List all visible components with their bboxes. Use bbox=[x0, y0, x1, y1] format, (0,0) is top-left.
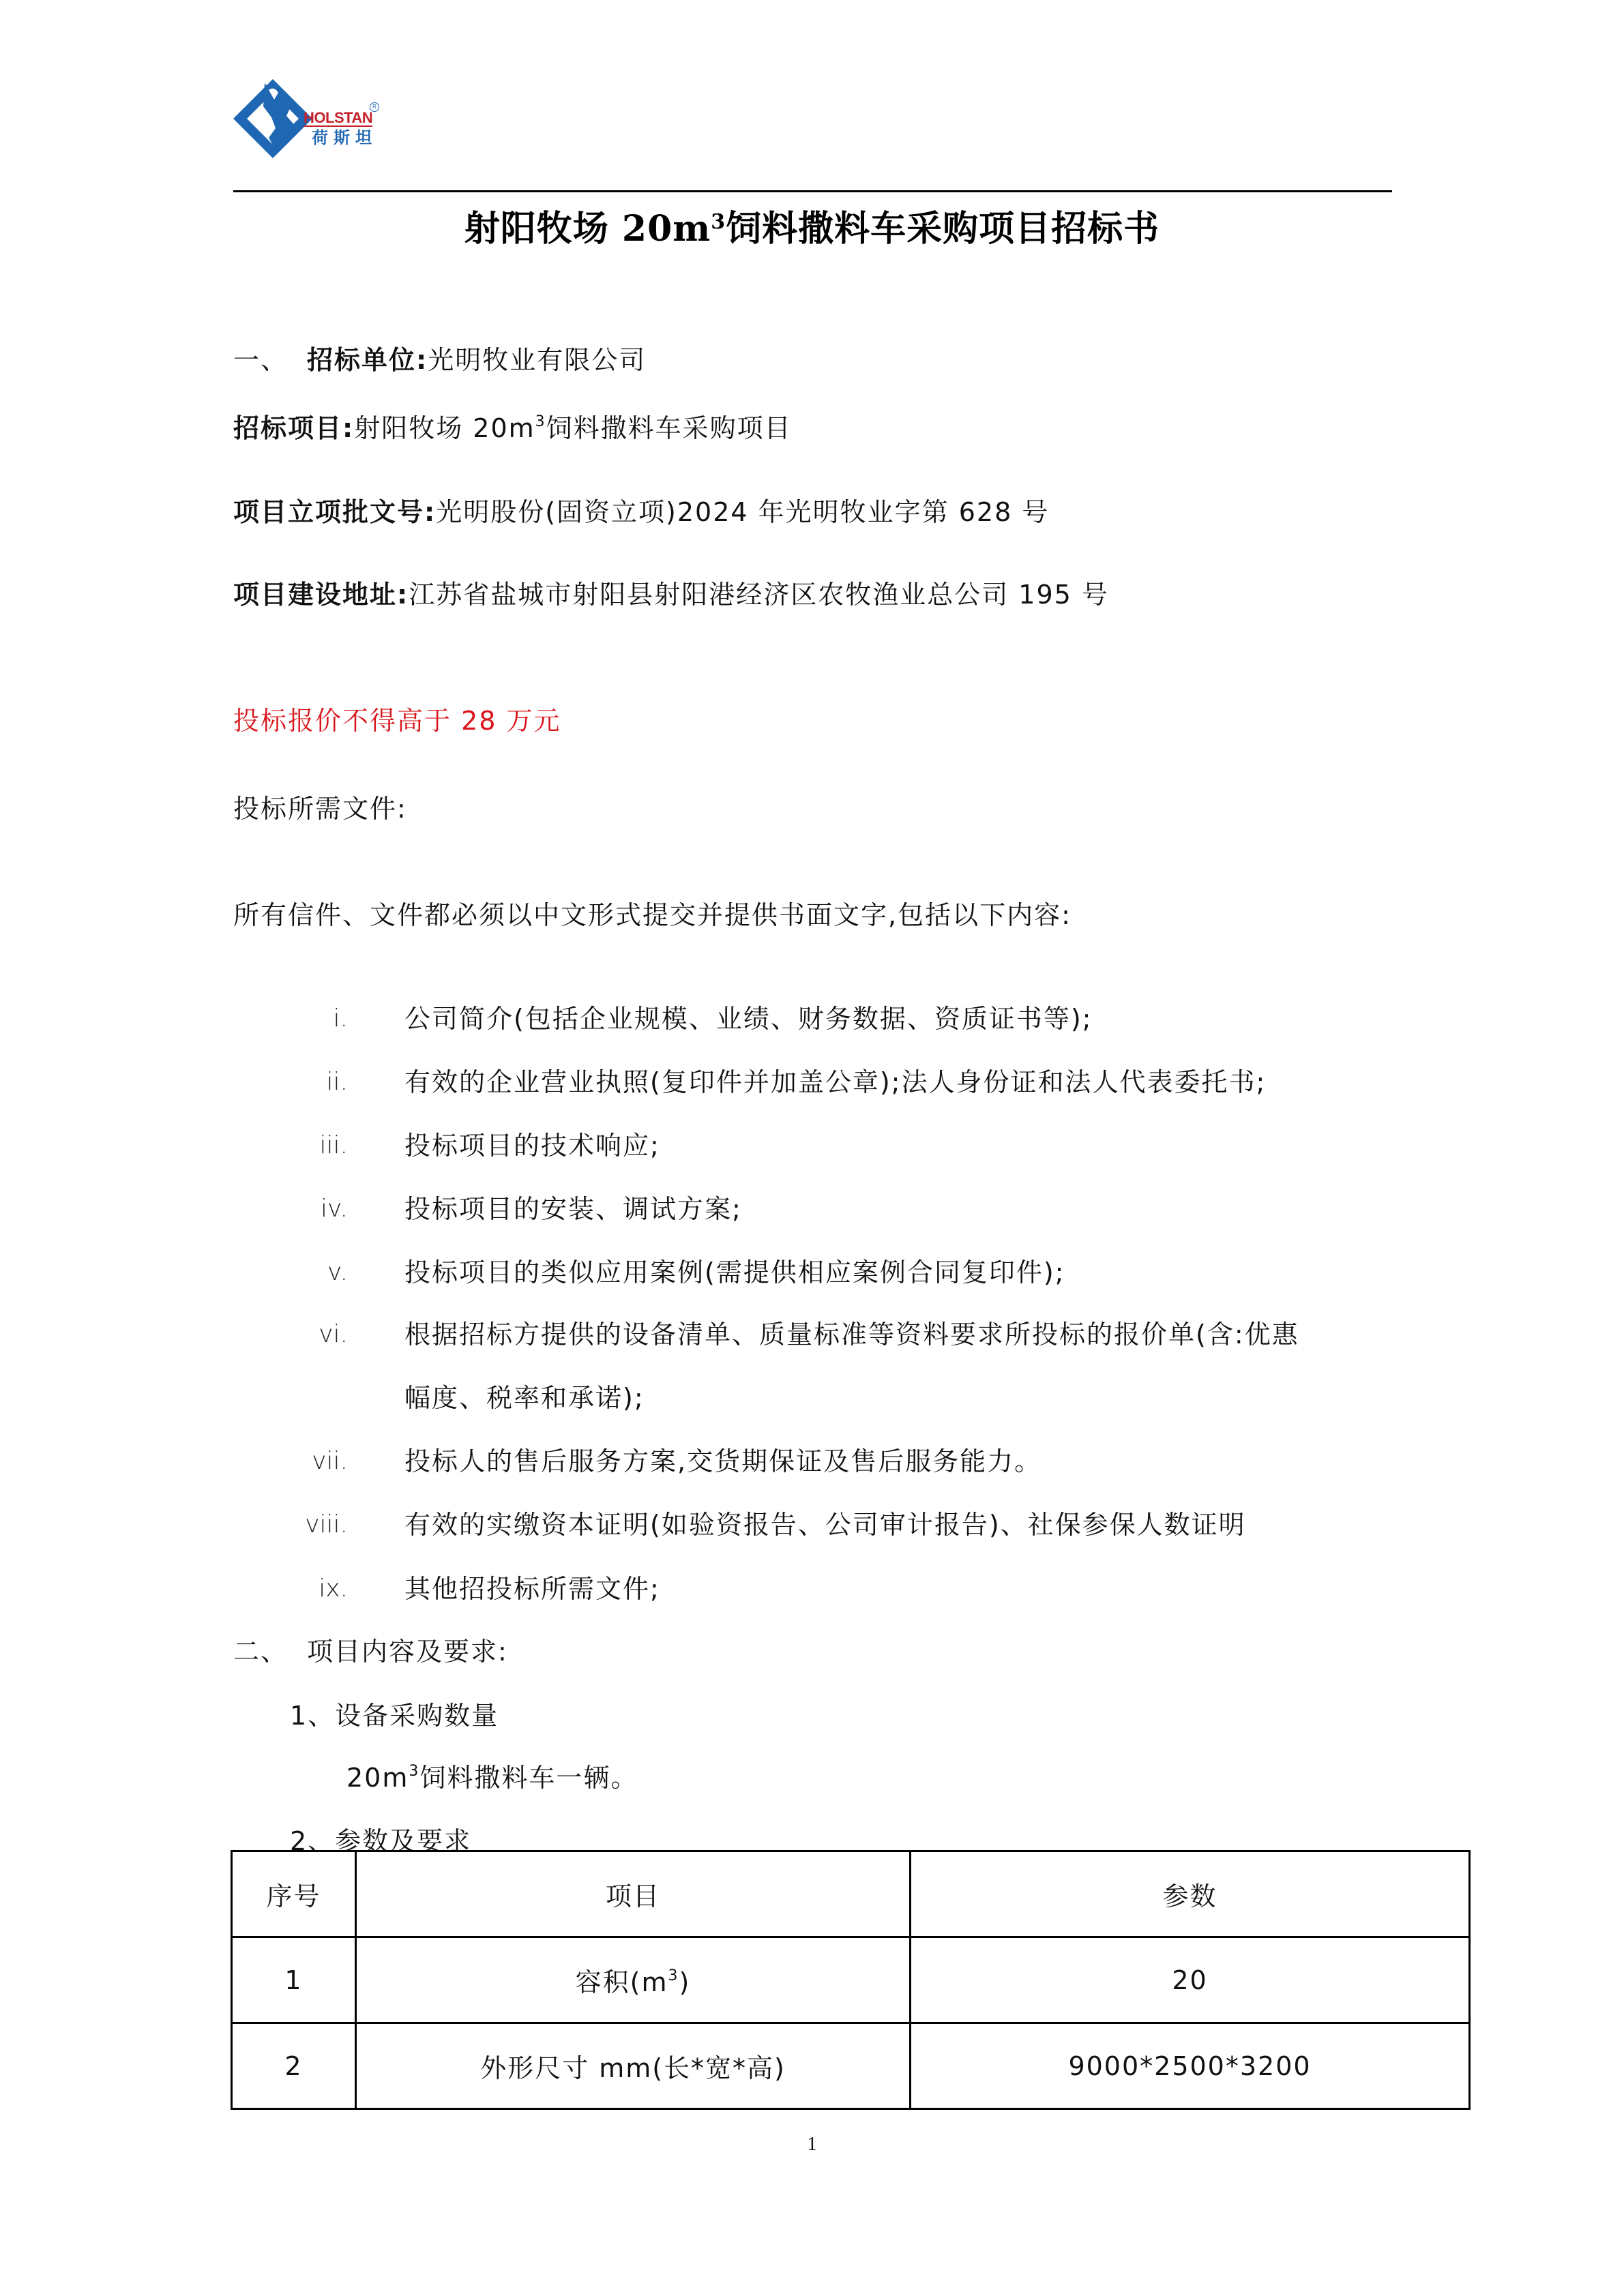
quantity-suffix: 饲料撒料车一辆。 bbox=[419, 1763, 638, 1793]
logo-brand-cn: 荷斯坦 bbox=[312, 128, 377, 147]
section-2-heading: 项目内容及要求: bbox=[307, 1635, 508, 1669]
spec-table: 序号 项目 参数 1 容积(m3) 20 2 外形尺寸 mm(长*宽*高) 90… bbox=[231, 1850, 1471, 2110]
tender-unit-line: 招标单位:光明牧业有限公司 bbox=[307, 343, 646, 377]
section-1-heading: 一、 bbox=[233, 343, 288, 377]
price-limit-notice: 投标报价不得高于 28 万元 bbox=[233, 704, 561, 738]
header-item: 项目 bbox=[356, 1851, 911, 1937]
project-value-suffix: 饲料撒料车采购项目 bbox=[546, 413, 792, 443]
list-item-text: 其他招投标所需文件; bbox=[404, 1572, 660, 1606]
required-docs-intro: 所有信件、文件都必须以中文形式提交并提供书面文字,包括以下内容: bbox=[233, 898, 1072, 932]
list-item-text-continuation: 幅度、税率和承诺); bbox=[404, 1381, 645, 1415]
sub-heading-quantity: 1、设备采购数量 bbox=[290, 1699, 499, 1733]
cell-no: 2 bbox=[232, 2023, 356, 2109]
cell-item-suffix: ) bbox=[679, 1967, 691, 1997]
list-numeral: ii. bbox=[232, 1065, 348, 1099]
list-numeral: iv. bbox=[232, 1192, 348, 1226]
list-item-text: 有效的实缴资本证明(如验资报告、公司审计报告)、社保参保人数证明 bbox=[404, 1508, 1246, 1542]
project-line: 招标项目:射阳牧场 20m3饲料撒料车采购项目 bbox=[233, 411, 792, 445]
required-docs-heading: 投标所需文件: bbox=[233, 792, 407, 826]
title-suffix: 饲料撒料车采购项目招标书 bbox=[726, 208, 1160, 250]
list-item-text: 投标项目的类似应用案例(需提供相应案例合同复印件); bbox=[404, 1255, 1065, 1289]
section-2-number: 二、 bbox=[233, 1635, 288, 1669]
list-numeral: v. bbox=[232, 1255, 348, 1289]
quantity-body: 20m3饲料撒料车一辆。 bbox=[346, 1761, 638, 1795]
address-value: 江苏省盐城市射阳县射阳港经济区农牧渔业总公司 195 号 bbox=[409, 580, 1109, 610]
cell-item: 容积(m3) bbox=[356, 1937, 911, 2023]
logo-brand-en: HOLSTAN bbox=[304, 110, 372, 127]
approval-line: 项目立项批文号:光明股份(固资立项)2024 年光明牧业字第 628 号 bbox=[233, 495, 1049, 529]
list-item-text: 投标项目的安装、调试方案; bbox=[404, 1192, 742, 1226]
company-logo: R HOLSTAN 荷斯坦 bbox=[233, 76, 383, 162]
tender-unit-label: 招标单位: bbox=[307, 345, 428, 375]
cell-item-prefix: 容积(m bbox=[576, 1967, 668, 1997]
cell-item: 外形尺寸 mm(长*宽*高) bbox=[356, 2023, 911, 2109]
cell-value: 20 bbox=[911, 1937, 1470, 2023]
table-row: 1 容积(m3) 20 bbox=[232, 1937, 1470, 2023]
list-item-text: 公司简介(包括企业规模、业绩、财务数据、资质证书等); bbox=[404, 1002, 1092, 1036]
tender-unit-value: 光明牧业有限公司 bbox=[428, 345, 646, 375]
list-numeral: vii. bbox=[232, 1444, 348, 1478]
title-prefix: 射阳牧场 20m bbox=[464, 208, 711, 250]
cell-no: 1 bbox=[232, 1937, 356, 2023]
list-item-text: 投标人的售后服务方案,交货期保证及售后服务能力。 bbox=[404, 1444, 1042, 1478]
address-line: 项目建设地址:江苏省盐城市射阳县射阳港经济区农牧渔业总公司 195 号 bbox=[233, 578, 1109, 612]
project-value-prefix: 射阳牧场 20m bbox=[354, 413, 535, 443]
header-no: 序号 bbox=[232, 1851, 356, 1937]
list-numeral: i. bbox=[232, 1002, 348, 1036]
table-header-row: 序号 项目 参数 bbox=[232, 1851, 1470, 1937]
list-item-text: 有效的企业营业执照(复印件并加盖公章);法人身份证和法人代表委托书; bbox=[404, 1065, 1266, 1099]
list-item-text: 根据招标方提供的设备清单、质量标准等资料要求所投标的报价单(含:优惠 bbox=[404, 1317, 1299, 1352]
quantity-sup: 3 bbox=[409, 1763, 419, 1780]
list-numeral: vi. bbox=[232, 1317, 348, 1352]
list-numeral: viii. bbox=[232, 1508, 348, 1542]
header-rule bbox=[233, 190, 1392, 192]
header-param: 参数 bbox=[911, 1851, 1470, 1937]
page-number: 1 bbox=[0, 2133, 1624, 2156]
list-numeral: iii. bbox=[232, 1129, 348, 1163]
project-label: 招标项目: bbox=[233, 413, 354, 443]
quantity-prefix: 20m bbox=[346, 1763, 409, 1793]
document-title: 射阳牧场 20m3饲料撒料车采购项目招标书 bbox=[0, 202, 1624, 256]
table-row: 2 外形尺寸 mm(长*宽*高) 9000*2500*3200 bbox=[232, 2023, 1470, 2109]
list-numeral: ix. bbox=[232, 1572, 348, 1606]
title-superscript: 3 bbox=[711, 210, 726, 234]
list-item-text: 投标项目的技术响应; bbox=[404, 1129, 660, 1163]
approval-value: 光明股份(固资立项)2024 年光明牧业字第 628 号 bbox=[436, 497, 1049, 527]
section-number: 一、 bbox=[233, 345, 288, 375]
cell-item-sup: 3 bbox=[668, 1967, 679, 1984]
approval-label: 项目立项批文号: bbox=[233, 497, 436, 527]
address-label: 项目建设地址: bbox=[233, 580, 409, 610]
project-value-sup: 3 bbox=[535, 413, 546, 430]
cell-value: 9000*2500*3200 bbox=[911, 2023, 1470, 2109]
